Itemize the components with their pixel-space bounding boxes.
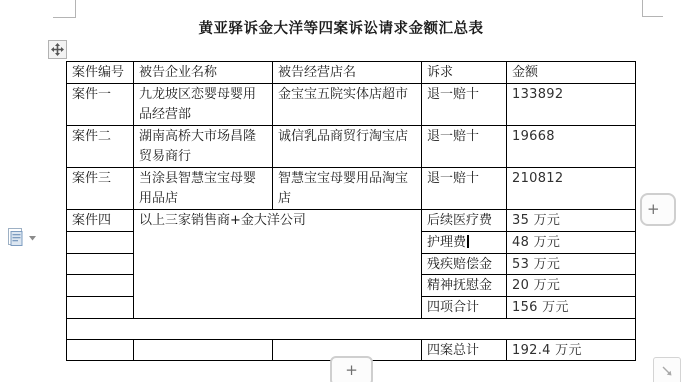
clipboard-paste-icon [8,228,25,248]
spacer-row [67,318,636,339]
claim-text: 护理费 [427,235,466,250]
store-cell[interactable]: 诚信乳品商贸行淘宝店 [273,126,422,168]
text-cursor [467,235,469,248]
amount-cell[interactable]: 20 万元 [507,275,636,297]
claim-cell[interactable]: 护理费 [422,231,507,253]
add-row-button[interactable]: + [330,356,373,382]
amount-cell[interactable]: 53 万元 [507,253,636,275]
amount-cell[interactable]: 133892 [507,84,636,126]
company-cell[interactable]: 湖南高桥大市场昌隆贸易商行 [134,126,273,168]
store-cell[interactable]: 金宝宝五院实体店超市 [273,84,422,126]
empty-cell[interactable] [67,339,134,361]
defendants-merged-cell[interactable]: 以上三家销售商+金大洋公司 [134,210,422,319]
amount-cell[interactable]: 35 万元 [507,210,636,232]
dropdown-arrow-icon [29,236,36,241]
add-column-button[interactable]: + [640,193,676,226]
diagonal-resize-arrow-icon [660,364,674,378]
header-case-id[interactable]: 案件编号 [67,62,134,84]
header-amount[interactable]: 金额 [507,62,636,84]
case-id-cell[interactable]: 案件一 [67,84,134,126]
plus-icon: + [345,361,358,379]
case-id-cell-empty[interactable] [67,231,134,253]
document-title[interactable]: 黄亚驿诉金大洋等四案诉讼请求金额汇总表 [0,17,682,38]
amount-cell[interactable]: 210812 [507,168,636,210]
claim-cell[interactable]: 残疾赔偿金 [422,253,507,275]
case-id-cell[interactable]: 案件二 [67,126,134,168]
table-row: 案件一 九龙坡区恋婴母婴用品经营部 金宝宝五院实体店超市 退一赔十 133892 [67,84,636,126]
case-id-cell-empty[interactable] [67,297,134,319]
table-move-handle[interactable] [48,40,67,59]
case-id-cell[interactable]: 案件四 [67,210,134,232]
plus-icon: + [647,200,660,218]
header-claim[interactable]: 诉求 [422,62,507,84]
empty-merged-cell[interactable] [67,318,636,339]
table-resize-handle[interactable] [653,357,681,382]
store-cell[interactable]: 智慧宝宝母婴用品淘宝店 [273,168,422,210]
case-id-cell-empty[interactable] [67,253,134,275]
header-row: 案件编号 被告企业名称 被告经营店名 诉求 金额 [67,62,636,84]
paste-options-button[interactable] [8,227,42,249]
move-arrows-icon [51,43,64,56]
claim-cell[interactable]: 精神抚慰金 [422,275,507,297]
header-company[interactable]: 被告企业名称 [134,62,273,84]
header-store[interactable]: 被告经营店名 [273,62,422,84]
claim-cell[interactable]: 后续医疗费 [422,210,507,232]
case-id-cell[interactable]: 案件三 [67,168,134,210]
amount-cell[interactable]: 19668 [507,126,636,168]
grand-total-amount-cell[interactable]: 192.4 万元 [507,339,636,361]
company-cell[interactable]: 九龙坡区恋婴母婴用品经营部 [134,84,273,126]
claim-cell[interactable]: 退一赔十 [422,84,507,126]
amount-cell[interactable]: 156 万元 [507,297,636,319]
case-id-cell-empty[interactable] [67,275,134,297]
table-row: 案件三 当涂县智慧宝宝母婴用品店 智慧宝宝母婴用品淘宝店 退一赔十 210812 [67,168,636,210]
table-row: 案件二 湖南高桥大市场昌隆贸易商行 诚信乳品商贸行淘宝店 退一赔十 19668 [67,126,636,168]
claim-cell[interactable]: 退一赔十 [422,126,507,168]
empty-cell[interactable] [134,339,273,361]
claim-cell[interactable]: 退一赔十 [422,168,507,210]
amount-cell[interactable]: 48 万元 [507,231,636,253]
summary-table: 案件编号 被告企业名称 被告经营店名 诉求 金额 案件一 九龙坡区恋婴母婴用品经… [66,61,636,361]
company-cell[interactable]: 当涂县智慧宝宝母婴用品店 [134,168,273,210]
grand-total-label-cell[interactable]: 四案总计 [422,339,507,361]
table-row: 案件四 以上三家销售商+金大洋公司 后续医疗费 35 万元 [67,210,636,232]
claim-cell[interactable]: 四项合计 [422,297,507,319]
